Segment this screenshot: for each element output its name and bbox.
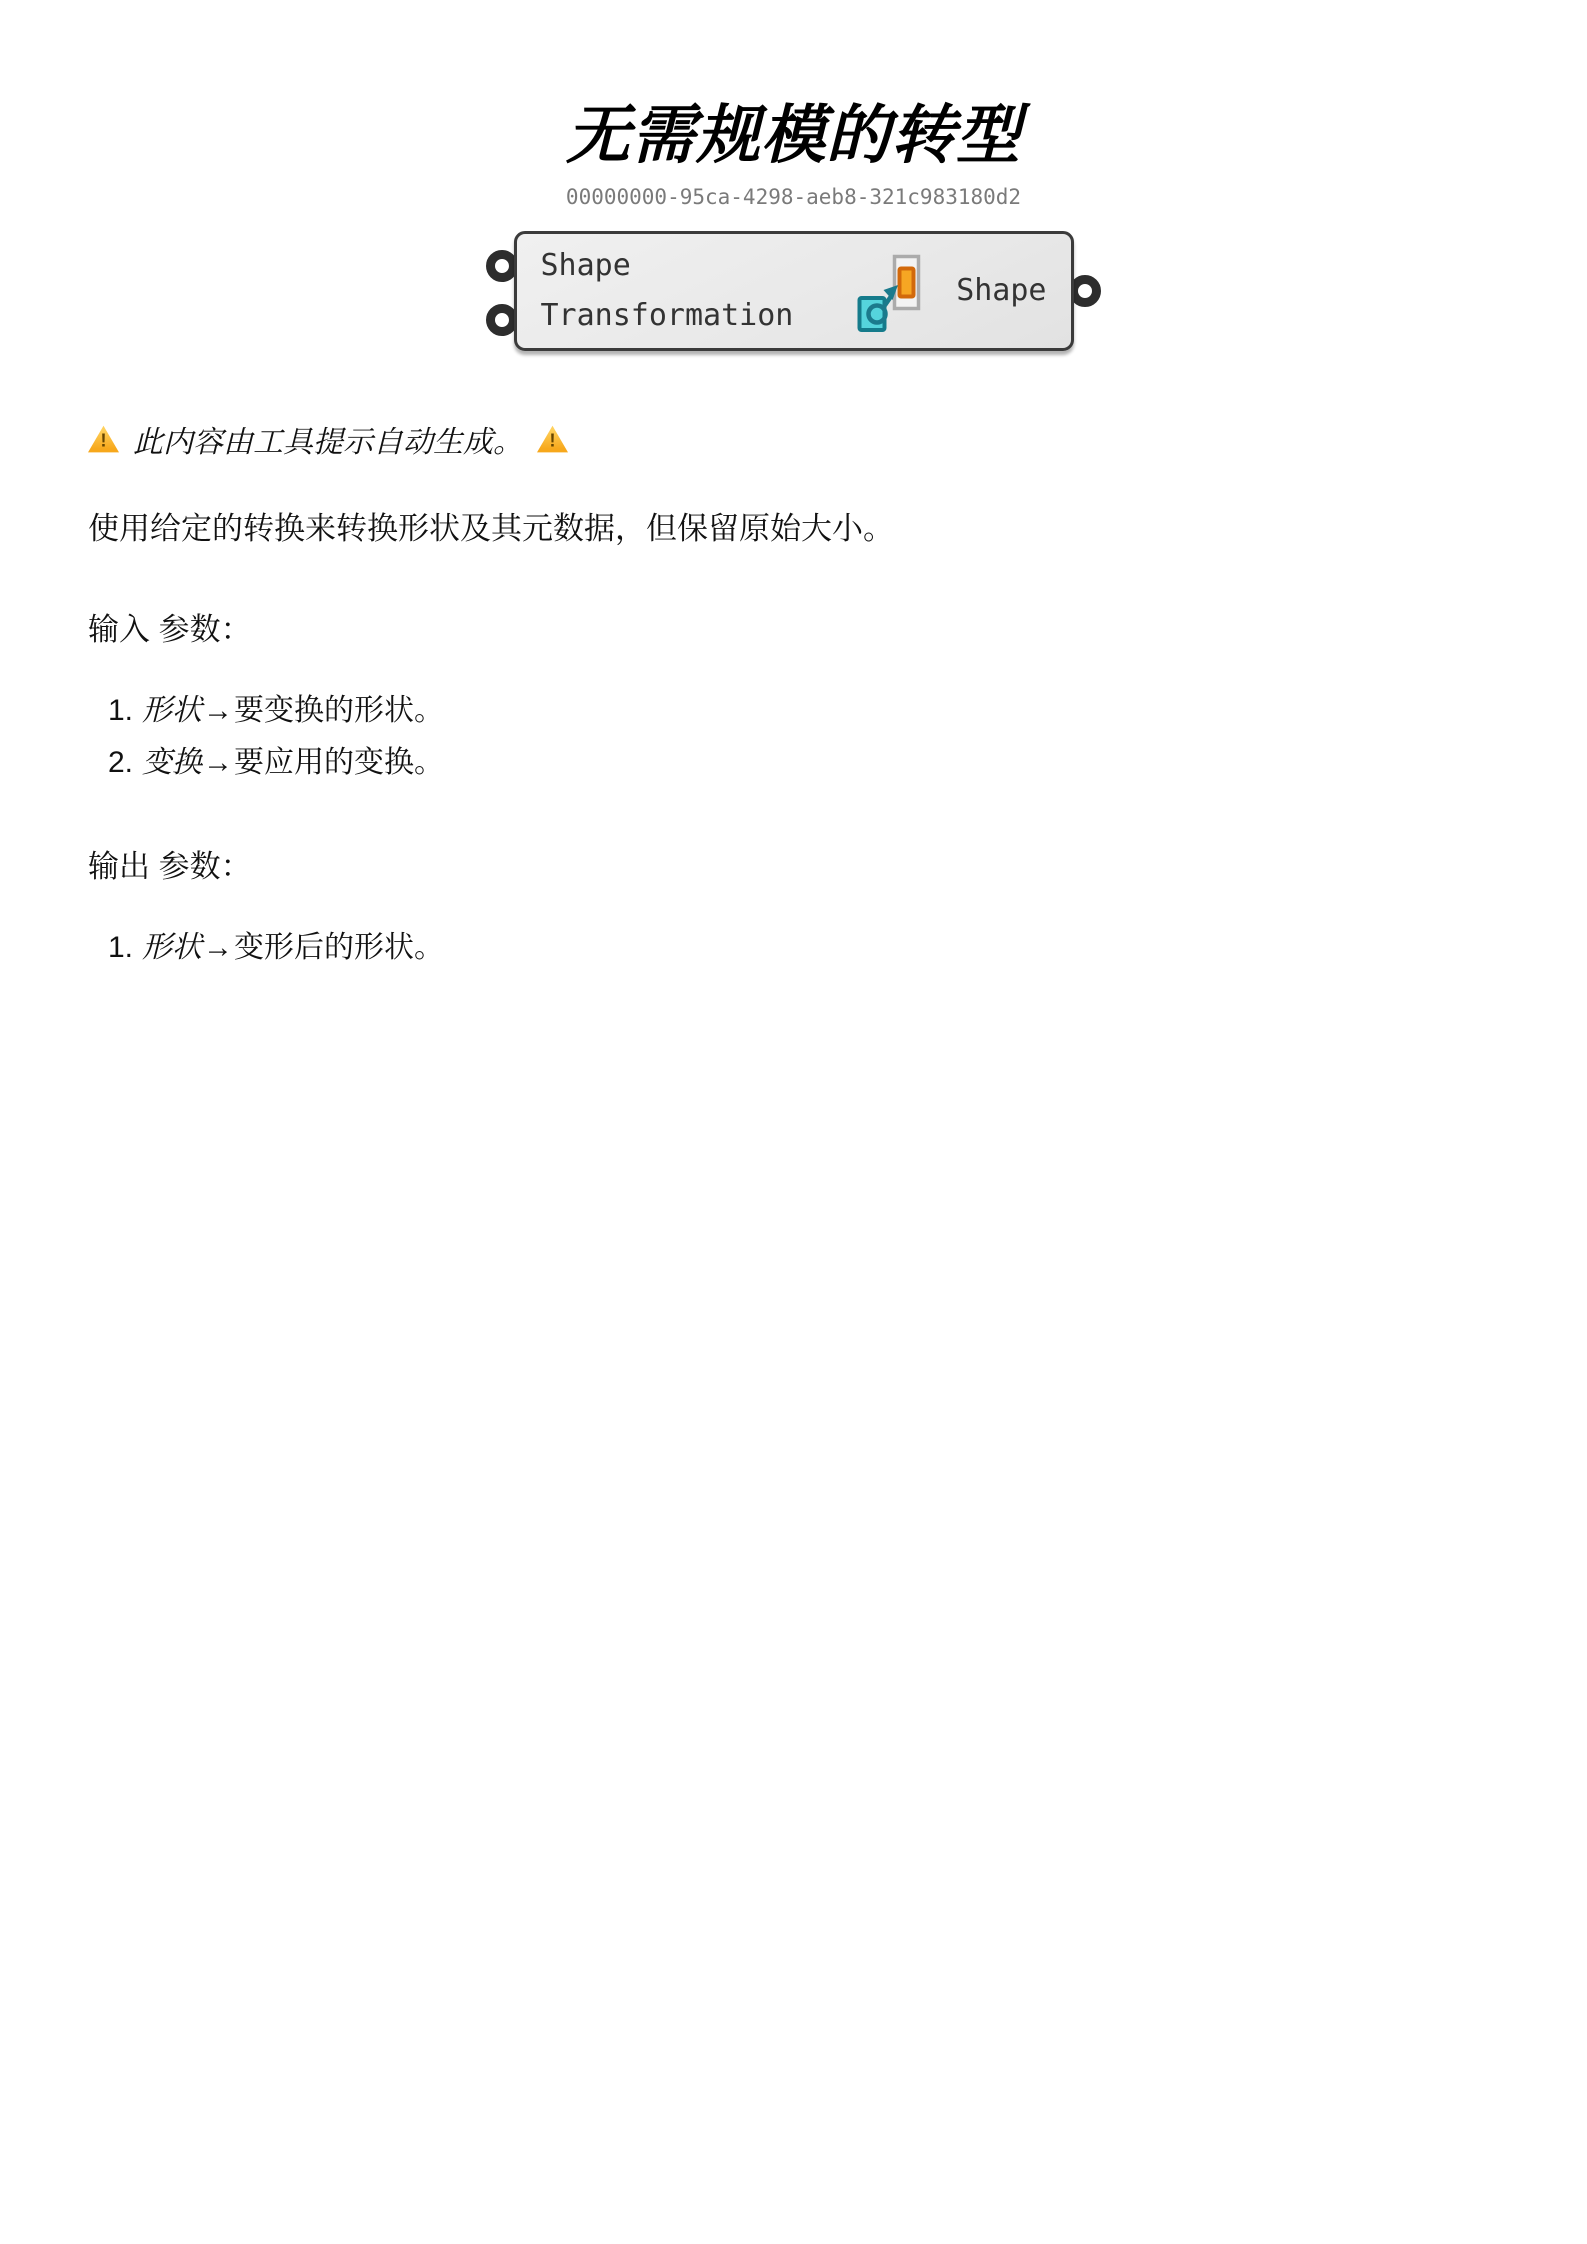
gh-component: Shape Transformation Shape (514, 231, 1074, 351)
param-desc: 要变换的形状。 (234, 694, 444, 727)
transform-no-scale-icon (841, 249, 926, 334)
document-page: 无需规模的转型 00000000-95ca-4298-aeb8-321c9831… (0, 0, 1587, 2244)
param-name: 形状 (142, 931, 202, 964)
notice-text: 此内容由工具提示自动生成。 (133, 417, 523, 461)
item-number: 1. (108, 685, 142, 737)
warning-icon (537, 425, 568, 453)
input-port-shape (486, 250, 518, 282)
arrow-glyph: → (203, 694, 233, 727)
item-number: 2. (108, 737, 142, 789)
arrow-glyph: → (203, 931, 233, 964)
outputs-list: 1. 形状→变形后的形状。 (88, 922, 1499, 974)
arrow-glyph: → (203, 746, 233, 779)
input-label-transformation: Transformation (541, 291, 794, 341)
item-number: 1. (108, 922, 142, 974)
param-name: 变换 (142, 746, 202, 779)
param-name: 形状 (142, 694, 202, 727)
list-item: 1. 形状→要变换的形状。 (108, 685, 1499, 737)
param-desc: 要应用的变换。 (234, 746, 444, 779)
input-port-transformation (486, 304, 518, 336)
page-title: 无需规模的转型 (88, 102, 1499, 169)
inputs-heading: 输入 参数： (88, 604, 1499, 649)
inputs-list: 1. 形状→要变换的形状。 2. 变换→要应用的变换。 (88, 685, 1499, 789)
output-label-shape: Shape (956, 266, 1046, 316)
component-diagram: Shape Transformation Shape (88, 231, 1499, 351)
list-item: 2. 变换→要应用的变换。 (108, 737, 1499, 789)
outputs-heading: 输出 参数： (88, 841, 1499, 886)
list-item: 1. 形状→变形后的形状。 (108, 922, 1499, 974)
gh-input-labels: Shape Transformation (541, 241, 794, 341)
component-uuid: 00000000-95ca-4298-aeb8-321c983180d2 (88, 185, 1499, 209)
auto-generated-notice: 此内容由工具提示自动生成。 (88, 417, 1499, 461)
component-description: 使用给定的转换来转换形状及其元数据，但保留原始大小。 (88, 507, 1499, 552)
gh-component-body: Shape Transformation Shape (514, 231, 1074, 351)
param-desc: 变形后的形状。 (234, 931, 444, 964)
warning-icon (88, 425, 119, 453)
input-label-shape: Shape (541, 241, 794, 291)
